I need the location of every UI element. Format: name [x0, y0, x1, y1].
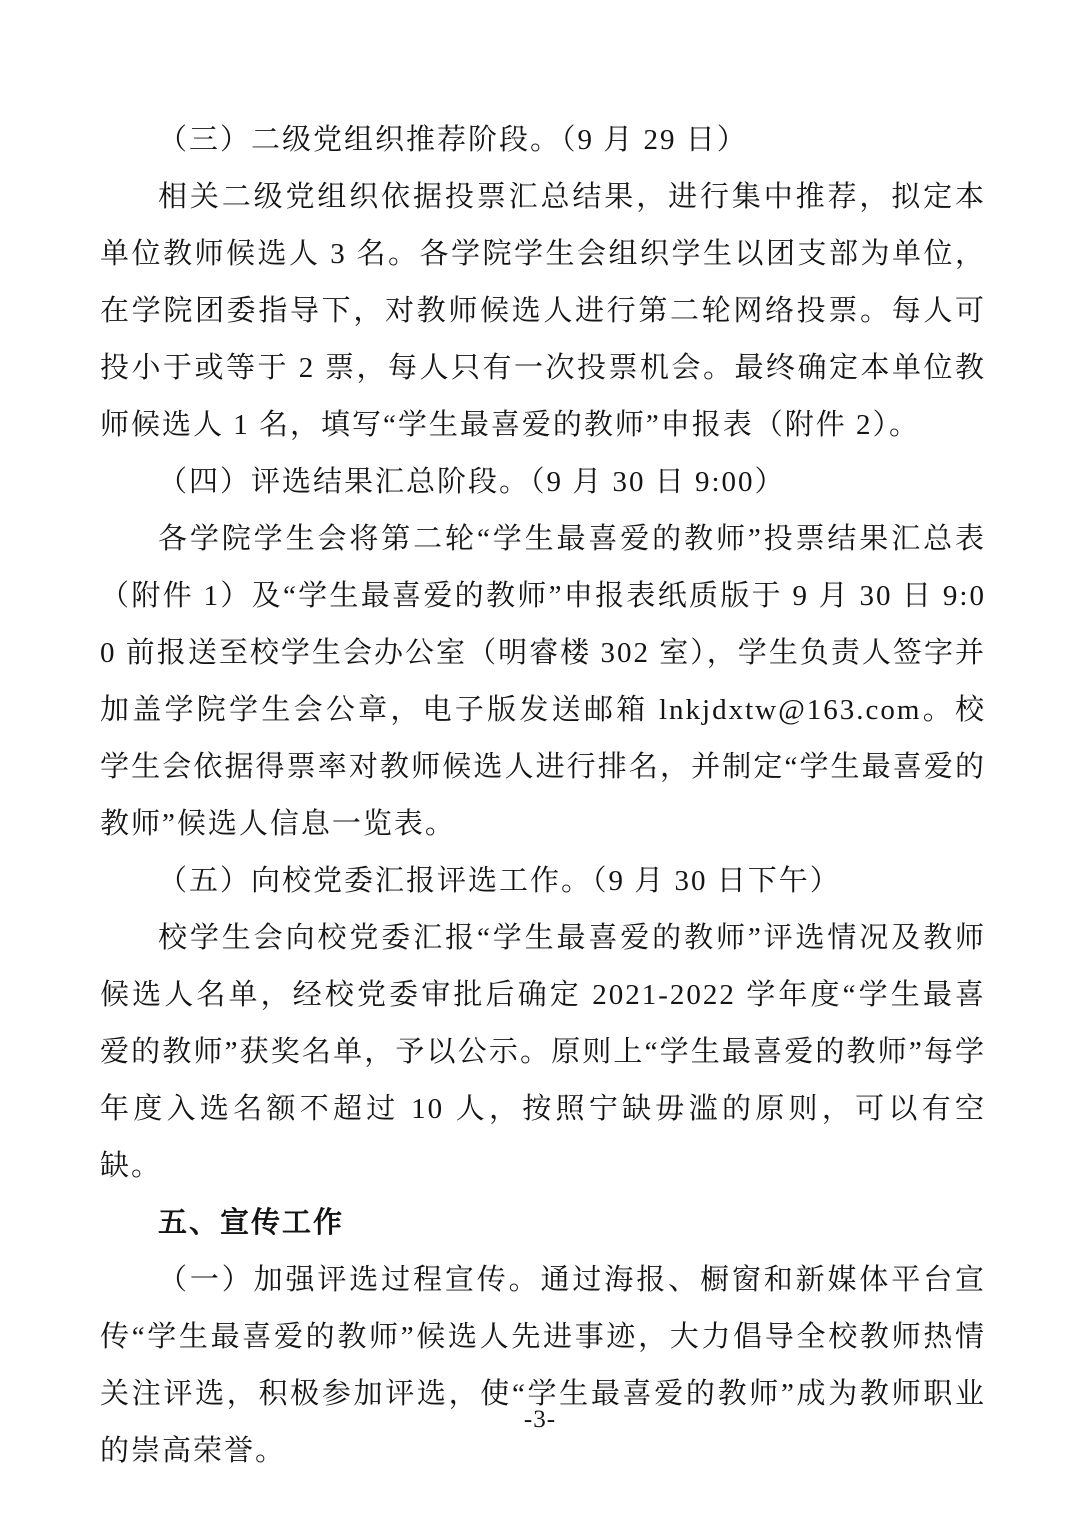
paragraph-stage-4-body: 各学院学生会将第二轮“学生最喜爱的教师”投票结果汇总表（附件 1）及“学生最喜爱… [100, 511, 986, 853]
page-number: -3- [0, 1406, 1080, 1434]
paragraph-stage-5-body: 校学生会向校党委汇报“学生最喜爱的教师”评选情况及教师候选人名单，经校党委审批后… [100, 910, 986, 1195]
paragraph-stage-5-heading: （五）向校党委汇报评选工作。（9 月 30 日下午） [100, 853, 986, 910]
document-body: （三）二级党组织推荐阶段。（9 月 29 日） 相关二级党组织依据投票汇总结果，… [100, 112, 986, 1480]
paragraph-stage-3-heading: （三）二级党组织推荐阶段。（9 月 29 日） [100, 112, 986, 169]
paragraph-stage-3-body: 相关二级党组织依据投票汇总结果，进行集中推荐，拟定本单位教师候选人 3 名。各学… [100, 169, 986, 454]
document-page: （三）二级党组织推荐阶段。（9 月 29 日） 相关二级党组织依据投票汇总结果，… [0, 0, 1080, 1527]
section-heading-publicity: 五、宣传工作 [100, 1195, 986, 1252]
paragraph-publicity-body: （一）加强评选过程宣传。通过海报、橱窗和新媒体平台宣传“学生最喜爱的教师”候选人… [100, 1252, 986, 1480]
paragraph-stage-4-heading: （四）评选结果汇总阶段。（9 月 30 日 9:00） [100, 454, 986, 511]
